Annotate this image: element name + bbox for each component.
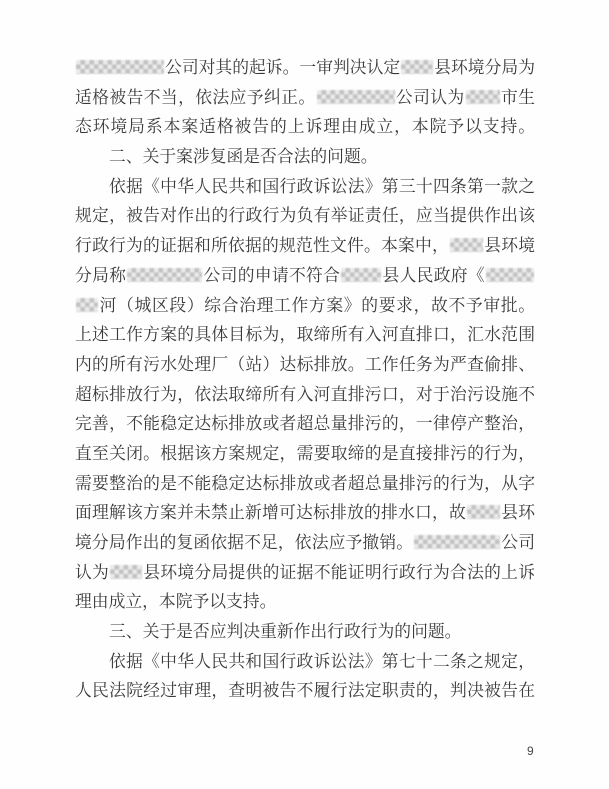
- document-body: 公司对其的起诉。一审判决认定县环境分局为适格被告不当，依法应予纠正。公司认为市生…: [75, 53, 535, 706]
- text-line: 河（城区段）综合治理工作方案》的要求，故不予审批。: [75, 291, 535, 321]
- redaction-block: [466, 90, 500, 104]
- text-line: 依据《中华人民共和国行政诉讼法》第三十四条第一款之: [75, 172, 535, 202]
- redaction-block: [110, 565, 142, 579]
- redaction-block: [341, 268, 381, 282]
- redaction-block: [450, 238, 483, 252]
- text-segment: 适格被告不当，依法应予纠正。: [75, 88, 316, 107]
- text-segment: 面理解该方案并未禁止新增可达标排放的排水口，故: [75, 503, 466, 522]
- text-segment: 行政行为的证据和所依据的规范性文件。本案中，: [75, 236, 449, 255]
- text-line: 二、关于案涉复函是否合法的问题。: [75, 142, 535, 172]
- text-line: 三、关于是否应判决重新作出行政行为的问题。: [75, 617, 535, 647]
- text-line: 认为县环境分局提供的证据不能证明行政行为合法的上诉: [75, 558, 535, 588]
- text-segment: 三、关于是否应判决重新作出行政行为的问题。: [109, 622, 461, 641]
- text-line: 超标排放行为，依法取缔所有入河直排污口，对于治污设施不: [75, 380, 535, 410]
- text-line: 直至关闭。根据该方案规定，需要取缔的是直接排污的行为，: [75, 439, 535, 469]
- text-segment: 公司认为: [396, 88, 465, 107]
- text-line: 公司对其的起诉。一审判决认定县环境分局为: [75, 53, 535, 83]
- text-line: 规定，被告对作出的行政行为负有举证责任，应当提供作出该: [75, 201, 535, 231]
- text-segment: 县环: [501, 503, 535, 522]
- text-segment: 态环境局系本案适格被告的上诉理由成立，本院予以支持。: [75, 117, 535, 136]
- text-segment: 人民法院经过审理，查明被告不履行法定职责的，判决被告在: [75, 681, 535, 700]
- text-line: 完善，不能稳定达标排放或者超总量排污的，一律停产整治，: [75, 409, 535, 439]
- text-line: 上述工作方案的具体目标为，取缔所有入河直排口，汇水范围: [75, 320, 535, 350]
- judgment-page: 公司对其的起诉。一审判决认定县环境分局为适格被告不当，依法应予纠正。公司认为市生…: [0, 0, 609, 789]
- redaction-block: [486, 268, 534, 282]
- text-line: 依据《中华人民共和国行政诉讼法》第七十二条之规定，: [75, 647, 535, 677]
- text-line: 适格被告不当，依法应予纠正。公司认为市生: [75, 83, 535, 113]
- text-line: 分局称公司的申请不符合县人民政府《: [75, 261, 535, 291]
- redaction-block: [401, 60, 433, 74]
- redaction-block: [414, 535, 500, 549]
- text-line: 需要整治的是不能稳定达标排放或者超总量排污的行为，从字: [75, 469, 535, 499]
- text-segment: 公司: [501, 533, 535, 552]
- text-segment: 依据《中华人民共和国行政诉讼法》第七十二条之规定，: [109, 652, 535, 671]
- text-segment: 完善，不能稳定达标排放或者超总量排污的，一律停产整治，: [75, 414, 535, 433]
- redaction-block: [76, 60, 164, 74]
- text-segment: 县环境: [484, 236, 535, 255]
- text-segment: 市生: [501, 88, 535, 107]
- text-segment: 依据《中华人民共和国行政诉讼法》第三十四条第一款之: [109, 177, 535, 196]
- text-segment: 县环境分局提供的证据不能证明行政行为合法的上诉: [143, 563, 535, 582]
- redaction-block: [317, 90, 395, 104]
- text-segment: 理由成立，本院予以支持。: [75, 592, 276, 611]
- text-line: 人民法院经过审理，查明被告不履行法定职责的，判决被告在: [75, 676, 535, 706]
- redaction-block: [467, 505, 500, 519]
- text-segment: 超标排放行为，依法取缔所有入河直排污口，对于治污设施不: [75, 385, 535, 404]
- text-line: 内的所有污水处理厂（站）达标排放。工作任务为严查偷排、: [75, 350, 535, 380]
- text-segment: 分局称: [75, 266, 126, 285]
- redaction-block: [127, 268, 202, 282]
- text-segment: 境分局作出的复函依据不足，依法应予撤销。: [75, 533, 413, 552]
- text-line: 理由成立，本院予以支持。: [75, 587, 535, 617]
- text-line: 境分局作出的复函依据不足，依法应予撤销。公司: [75, 528, 535, 558]
- text-segment: 需要整治的是不能稳定达标排放或者超总量排污的行为，从字: [75, 474, 535, 493]
- text-segment: 县环境分局为: [434, 58, 535, 77]
- text-segment: 内的所有污水处理厂（站）达标排放。工作任务为严查偷排、: [75, 355, 535, 374]
- text-segment: 直至关闭。根据该方案规定，需要取缔的是直接排污的行为，: [75, 444, 535, 463]
- text-segment: 认为: [75, 563, 109, 582]
- redaction-block: [76, 298, 98, 312]
- text-segment: 二、关于案涉复函是否合法的问题。: [109, 147, 378, 166]
- text-line: 面理解该方案并未禁止新增可达标排放的排水口，故县环: [75, 498, 535, 528]
- text-segment: 上述工作方案的具体目标为，取缔所有入河直排口，汇水范围: [75, 325, 535, 344]
- text-line: 态环境局系本案适格被告的上诉理由成立，本院予以支持。: [75, 112, 535, 142]
- text-segment: 公司的申请不符合: [203, 266, 340, 285]
- text-segment: 公司对其的起诉。一审判决认定: [165, 58, 400, 77]
- text-segment: 规定，被告对作出的行政行为负有举证责任，应当提供作出该: [75, 206, 535, 225]
- text-line: 行政行为的证据和所依据的规范性文件。本案中，县环境: [75, 231, 535, 261]
- text-segment: 河（城区段）综合治理工作方案》的要求，故不予审批。: [99, 296, 535, 315]
- page-number: 9: [527, 744, 534, 758]
- text-segment: 县人民政府《: [382, 266, 485, 285]
